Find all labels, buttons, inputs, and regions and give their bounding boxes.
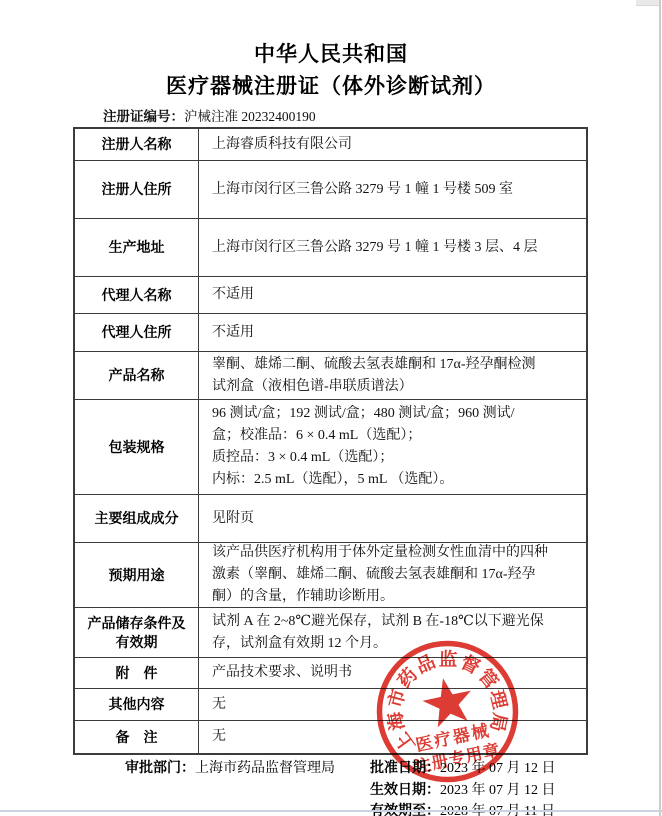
table-row: 注册人名称 上海睿质科技有限公司 — [75, 129, 586, 161]
row-value: 产品技术要求、说明书 — [199, 658, 586, 688]
table-row: 生产地址 上海市闵行区三鲁公路 3279 号 1 幢 1 号楼 3 层、4 层 — [75, 219, 586, 277]
table-row: 包装规格 96 测试/盒；192 测试/盒；480 测试/盒；960 测试/ 盒… — [75, 400, 586, 495]
registration-number-label: 注册证编号： — [103, 109, 184, 124]
approval-department-line: 审批部门：上海市药品监督管理局 — [125, 757, 335, 777]
row-label: 代理人名称 — [75, 277, 199, 313]
row-value: 见附页 — [199, 495, 586, 542]
table-row: 代理人名称 不适用 — [75, 277, 586, 314]
table-row: 产品名称 睾酮、雄烯二酮、硫酸去氢表雄酮和 17α-羟孕酮检测 试剂盒（液相色谱… — [75, 352, 586, 400]
row-value: 上海睿质科技有限公司 — [199, 129, 586, 160]
expiry-date-line: 有效期至：2028 年 07 月 11 日 — [370, 800, 556, 816]
approval-department-value: 上海市药品监督管理局 — [195, 759, 335, 775]
document-title-certificate: 医疗器械注册证（体外诊断试剂） — [0, 76, 662, 98]
row-label: 注册人住所 — [75, 161, 199, 218]
row-value: 该产品供医疗机构用于体外定量检测女性血清中的四种 激素（睾酮、雄烯二酮、硫酸去氢… — [199, 543, 586, 607]
date-block: 批准日期：2023 年 07 月 12 日 生效日期：2023 年 07 月 1… — [370, 757, 556, 816]
effective-date-line: 生效日期：2023 年 07 月 12 日 — [370, 779, 556, 801]
table-row: 代理人住所 不适用 — [75, 314, 586, 352]
row-value: 无 — [199, 689, 586, 720]
approval-date-label: 批准日期： — [370, 759, 440, 775]
registration-number-line: 注册证编号：沪械注准 20232400190 — [103, 105, 316, 125]
row-value: 不适用 — [199, 314, 586, 351]
row-label: 预期用途 — [75, 543, 199, 607]
scrollbar-corner — [636, 0, 660, 6]
scrollbar-track[interactable] — [659, 0, 661, 816]
row-label: 产品名称 — [75, 352, 199, 399]
row-label: 注册人名称 — [75, 129, 199, 160]
row-value: 上海市闵行区三鲁公路 3279 号 1 幢 1 号楼 509 室 — [199, 161, 586, 218]
row-value: 不适用 — [199, 277, 586, 313]
registration-number-value: 沪械注准 20232400190 — [184, 109, 316, 124]
row-label: 代理人住所 — [75, 314, 199, 351]
row-label: 备 注 — [75, 721, 199, 753]
effective-date-value: 2023 年 07 月 12 日 — [440, 783, 556, 798]
approval-department-label: 审批部门： — [125, 759, 195, 775]
certificate-table: 注册人名称 上海睿质科技有限公司 注册人住所 上海市闵行区三鲁公路 3279 号… — [73, 127, 588, 755]
row-value: 96 测试/盒；192 测试/盒；480 测试/盒；960 测试/ 盒；校准品：… — [199, 400, 586, 494]
table-row: 备 注 无 — [75, 721, 586, 753]
table-row: 预期用途 该产品供医疗机构用于体外定量检测女性血清中的四种 激素（睾酮、雄烯二酮… — [75, 543, 586, 608]
table-row: 主要组成成分 见附页 — [75, 495, 586, 543]
approval-date-line: 批准日期：2023 年 07 月 12 日 — [370, 757, 556, 779]
document-title-country: 中华人民共和国 — [0, 44, 662, 66]
row-value: 无 — [199, 721, 586, 753]
row-label: 生产地址 — [75, 219, 199, 276]
row-label: 其他内容 — [75, 689, 199, 720]
window-bottom-edge — [0, 810, 662, 812]
table-row: 产品储存条件及 有效期 试剂 A 在 2~8℃避光保存，试剂 B 在-18℃以下… — [75, 608, 586, 658]
row-label: 产品储存条件及 有效期 — [75, 608, 199, 657]
row-value: 上海市闵行区三鲁公路 3279 号 1 幢 1 号楼 3 层、4 层 — [199, 219, 586, 276]
table-row: 其他内容 无 — [75, 689, 586, 721]
row-label: 附 件 — [75, 658, 199, 688]
row-label: 主要组成成分 — [75, 495, 199, 542]
approval-date-value: 2023 年 07 月 12 日 — [440, 761, 556, 776]
row-label: 包装规格 — [75, 400, 199, 494]
table-row: 附 件 产品技术要求、说明书 — [75, 658, 586, 689]
table-row: 注册人住所 上海市闵行区三鲁公路 3279 号 1 幢 1 号楼 509 室 — [75, 161, 586, 219]
effective-date-label: 生效日期： — [370, 781, 440, 797]
expiry-date-label: 有效期至： — [370, 802, 440, 816]
row-value: 试剂 A 在 2~8℃避光保存，试剂 B 在-18℃以下避光保 存，试剂盒有效期… — [199, 608, 586, 657]
row-value: 睾酮、雄烯二酮、硫酸去氢表雄酮和 17α-羟孕酮检测 试剂盒（液相色谱-串联质谱… — [199, 352, 586, 399]
